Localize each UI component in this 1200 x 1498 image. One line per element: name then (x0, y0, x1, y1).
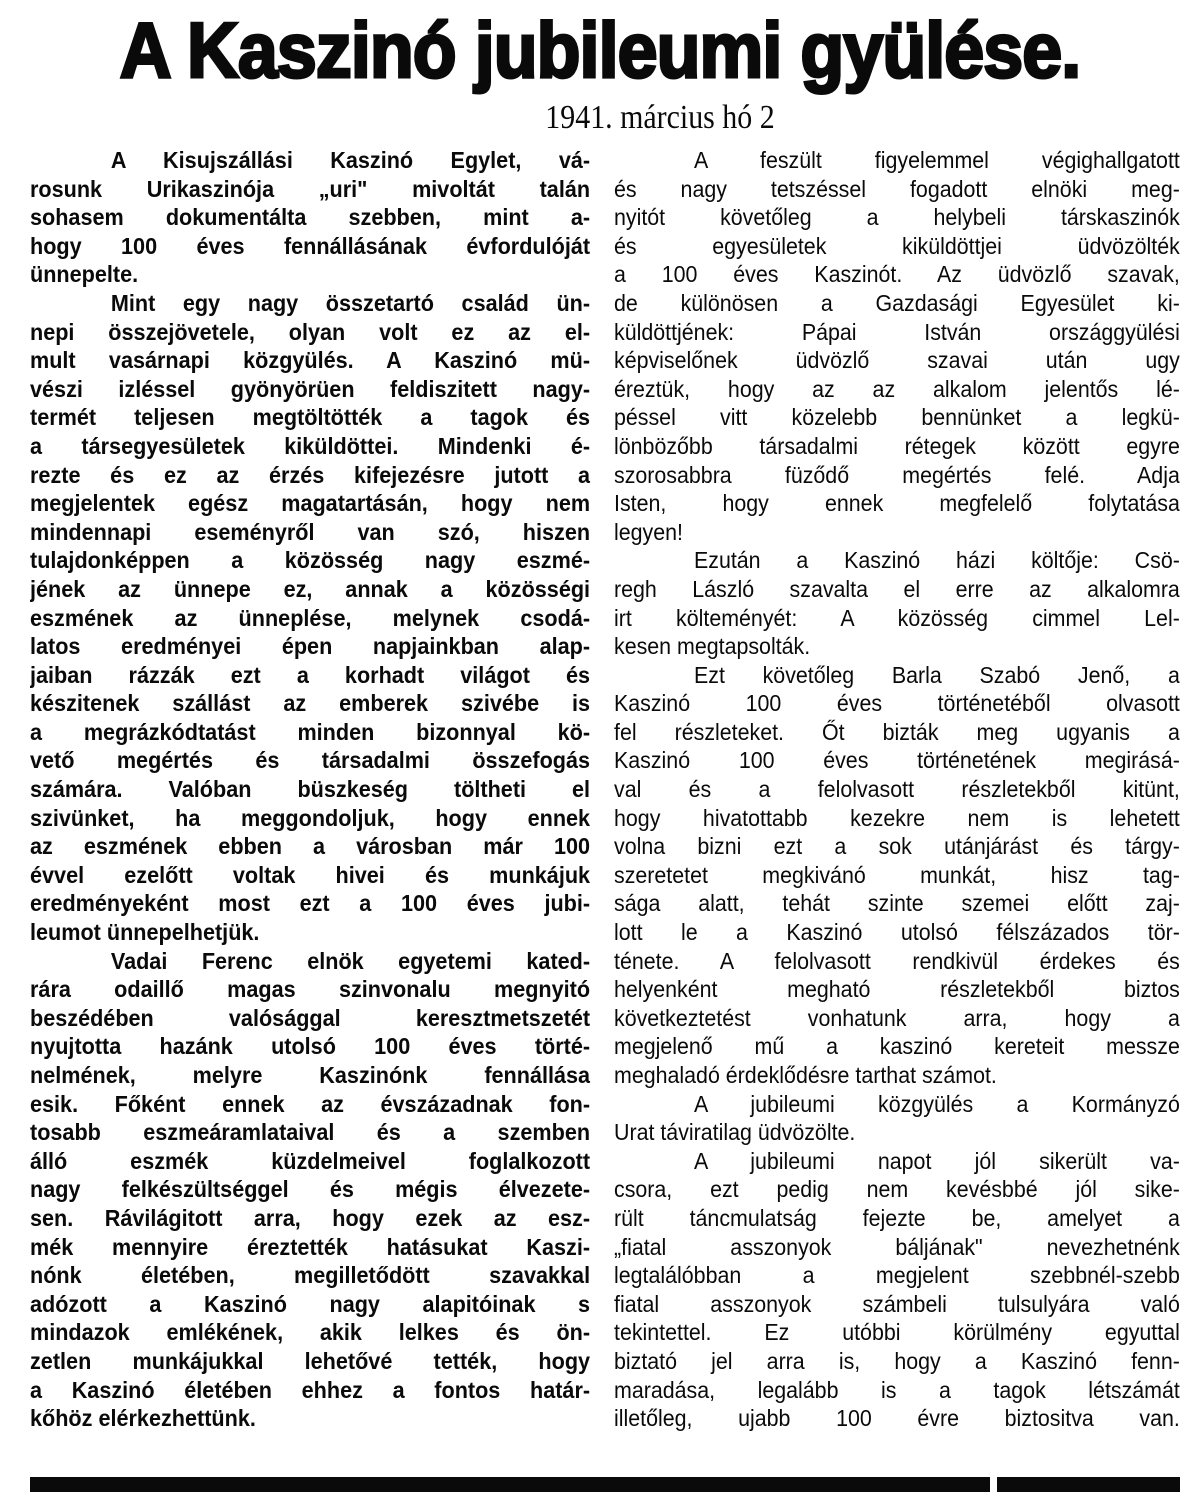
text-line: számára. Valóban büszkeség töltheti el (30, 775, 590, 804)
text-line: nepi összejövetele, olyan volt ez az el- (30, 318, 590, 347)
text-line: sohasem dokumentálta szebben, mint a- (30, 203, 590, 232)
text-line: Vadai Ferenc elnök egyetemi kated- (30, 947, 590, 976)
text-line: maradása, legalább is a tagok létszámát (614, 1376, 1180, 1405)
text-line: Ezután a Kaszinó házi költője: Csö- (614, 546, 1180, 575)
text-line: rára odaillő magas szinvonalu megnyitó (30, 975, 590, 1004)
text-line: „fiatal asszonyok báljának" nevezhetnénk (614, 1233, 1180, 1262)
text-line: adózott a Kaszinó nagy alapitóinak s (30, 1290, 590, 1319)
text-line: rült táncmulatság fejezte be, amelyet a (614, 1204, 1180, 1233)
text-line: hogy 100 éves fennállásának évfordulóját (30, 232, 590, 261)
text-line: éreztük, hogy az az alkalom jelentős lé- (614, 375, 1180, 404)
text-line: A jubileumi napot jól sikerült va- (614, 1147, 1180, 1176)
text-line: szorosabbra füződő megértés felé. Adja (614, 461, 1180, 490)
text-line: a társegyesületek kiküldöttei. Mindenki … (30, 432, 590, 461)
text-line: de különösen a Gazdasági Egyesület ki- (614, 289, 1180, 318)
text-line: és nagy tetszéssel fogadott elnöki meg- (614, 175, 1180, 204)
bottom-rule-segment (997, 1477, 1180, 1492)
text-line: kőhöz elérkezhettünk. (30, 1404, 590, 1433)
text-line: tekintettel. Ez utóbbi körülmény egyutta… (614, 1318, 1180, 1347)
article-dateline: 1941. március hó 2 (79, 98, 1135, 138)
text-line: esik. Főként ennek az évszázadnak fon- (30, 1090, 590, 1119)
text-line: regh László szavalta el erre az alkalomr… (614, 575, 1180, 604)
text-line: lott le a Kaszinó utolsó félszázados tör… (614, 918, 1180, 947)
text-line: vető megértés és társadalmi összefogás (30, 746, 590, 775)
text-line: Ezt követőleg Barla Szabó Jenő, a (614, 661, 1180, 690)
text-line: rosunk Urikaszinója „uri" mivoltát talán (30, 175, 590, 204)
text-line: a 100 éves Kaszinót. Az üdvözlő szavak, (614, 260, 1180, 289)
text-line: hogy hivatottabb kezekre nem is lehetett (614, 804, 1180, 833)
text-line: nyitót követőleg a helybeli társkaszinók (614, 203, 1180, 232)
text-line: Urat táviratilag üdvözölte. (614, 1118, 1180, 1147)
text-line: mindazok emlékének, akik lelkes és ön- (30, 1318, 590, 1347)
text-line: következtetést vonhatunk arra, hogy a (614, 1004, 1180, 1033)
text-line: val és a felolvasott részletekből kitünt… (614, 775, 1180, 804)
text-line: Kaszinó 100 éves történetének megirásá- (614, 746, 1180, 775)
text-line: megjelenő mű a kaszinó kereteit messze (614, 1032, 1180, 1061)
text-line: biztató jel arra is, hogy a Kaszinó fenn… (614, 1347, 1180, 1376)
text-line: mék mennyire éreztették hatásukat Kaszi- (30, 1233, 590, 1262)
text-line: irt költeményét: A közösség cimmel Lel- (614, 604, 1180, 633)
text-line: A jubileumi közgyülés a Kormányzó (614, 1090, 1180, 1119)
text-line: nónk életében, megilletődött szavakkal (30, 1261, 590, 1290)
article-headline: A Kaszinó jubileumi gyülése. (48, 4, 1152, 96)
text-line: volna bizni ezt a sok utánjárást és tárg… (614, 832, 1180, 861)
text-line: az eszmének ebben a városban már 100 (30, 832, 590, 861)
text-line: legtalálóbban a megjelent szebbnél-szebb (614, 1261, 1180, 1290)
right-column: A feszült figyelemmel végighallgatottés … (614, 146, 1180, 1433)
text-line: szeretetet megkivánó munkát, hisz tag- (614, 861, 1180, 890)
text-line: szivünket, ha meggondoljuk, hogy ennek (30, 804, 590, 833)
left-column: A Kisujszállási Kaszinó Egylet, vá-rosun… (30, 146, 590, 1433)
text-line: Isten, hogy ennek megfelelő folytatása (614, 489, 1180, 518)
text-line: rezte és ez az érzés kifejezésre jutott … (30, 461, 590, 490)
text-line: készitenek szállást az emberek szivébe i… (30, 689, 590, 718)
text-line: ünnepelte. (30, 260, 590, 289)
text-line: helyenként megható részletekből biztos (614, 975, 1180, 1004)
text-line: sen. Rávilágitott arra, hogy ezek az esz… (30, 1204, 590, 1233)
text-line: nelmének, melyre Kaszinónk fennállása (30, 1061, 590, 1090)
text-line: álló eszmék küzdelmeivel foglalkozott (30, 1147, 590, 1176)
text-line: termét teljesen megtöltötték a tagok és (30, 403, 590, 432)
text-line: fiatal asszonyok számbeli tulsulyára val… (614, 1290, 1180, 1319)
text-line: küldöttjének: Pápai István országgyülési (614, 318, 1180, 347)
text-line: nagy felkészültséggel és mégis élvezete- (30, 1175, 590, 1204)
text-line: beszédében valósággal keresztmetszetét (30, 1004, 590, 1033)
text-line: mult vasárnapi közgyülés. A Kaszinó mü- (30, 346, 590, 375)
text-line: jének az ünnepe ez, annak a közösségi (30, 575, 590, 604)
text-line: nyujtotta hazánk utolsó 100 éves törté- (30, 1032, 590, 1061)
text-line: meghaladó érdeklődésre tarthat számot. (614, 1061, 1180, 1090)
text-line: a megrázkódtatást minden bizonnyal kö- (30, 718, 590, 747)
text-line: eszmének az ünneplése, melynek csodá- (30, 604, 590, 633)
text-line: képviselőnek üdvözlő szavai után ugy (614, 346, 1180, 375)
text-line: sága alatt, tehát szinte szemei előtt za… (614, 889, 1180, 918)
text-line: zetlen munkájukkal lehetővé tették, hogy (30, 1347, 590, 1376)
text-line: fel részleteket. Őt bizták meg ugyanis a (614, 718, 1180, 747)
text-line: csora, ezt pedig nem kevésbbé jól sike- (614, 1175, 1180, 1204)
text-line: péssel vitt közelebb bennünket a legkü- (614, 403, 1180, 432)
text-line: illetőleg, ujabb 100 évre biztositva van… (614, 1404, 1180, 1433)
text-line: legyen! (614, 518, 1180, 547)
text-line: évvel ezelőtt voltak hivei és munkájuk (30, 861, 590, 890)
text-line: tulajdonképpen a közösség nagy eszmé- (30, 546, 590, 575)
text-line: megjelentek egész magatartásán, hogy nem (30, 489, 590, 518)
text-line: jaiban rázzák ezt a korhadt világot és (30, 661, 590, 690)
text-line: Kaszinó 100 éves történetéből olvasott (614, 689, 1180, 718)
bottom-rule (30, 1477, 990, 1492)
text-line: latos eredményei épen napjainkban alap- (30, 632, 590, 661)
text-line: A feszült figyelemmel végighallgatott (614, 146, 1180, 175)
text-line: kesen megtapsolták. (614, 632, 1180, 661)
text-line: mindennapi eseményről van szó, hiszen (30, 518, 590, 547)
text-line: vészi izléssel gyönyörüen feldiszitett n… (30, 375, 590, 404)
text-line: és egyesületek kiküldöttjei üdvözölték (614, 232, 1180, 261)
text-line: lönbözőbb társadalmi rétegek között egyr… (614, 432, 1180, 461)
text-line: tosabb eszmeáramlataival és a szemben (30, 1118, 590, 1147)
text-line: ténete. A felolvasott rendkivül érdekes … (614, 947, 1180, 976)
text-line: A Kisujszállási Kaszinó Egylet, vá- (30, 146, 590, 175)
text-line: leumot ünnepelhetjük. (30, 918, 590, 947)
text-line: eredményeként most ezt a 100 éves jubi- (30, 889, 590, 918)
text-line: a Kaszinó életében ehhez a fontos határ- (30, 1376, 590, 1405)
text-line: Mint egy nagy összetartó család ün- (30, 289, 590, 318)
